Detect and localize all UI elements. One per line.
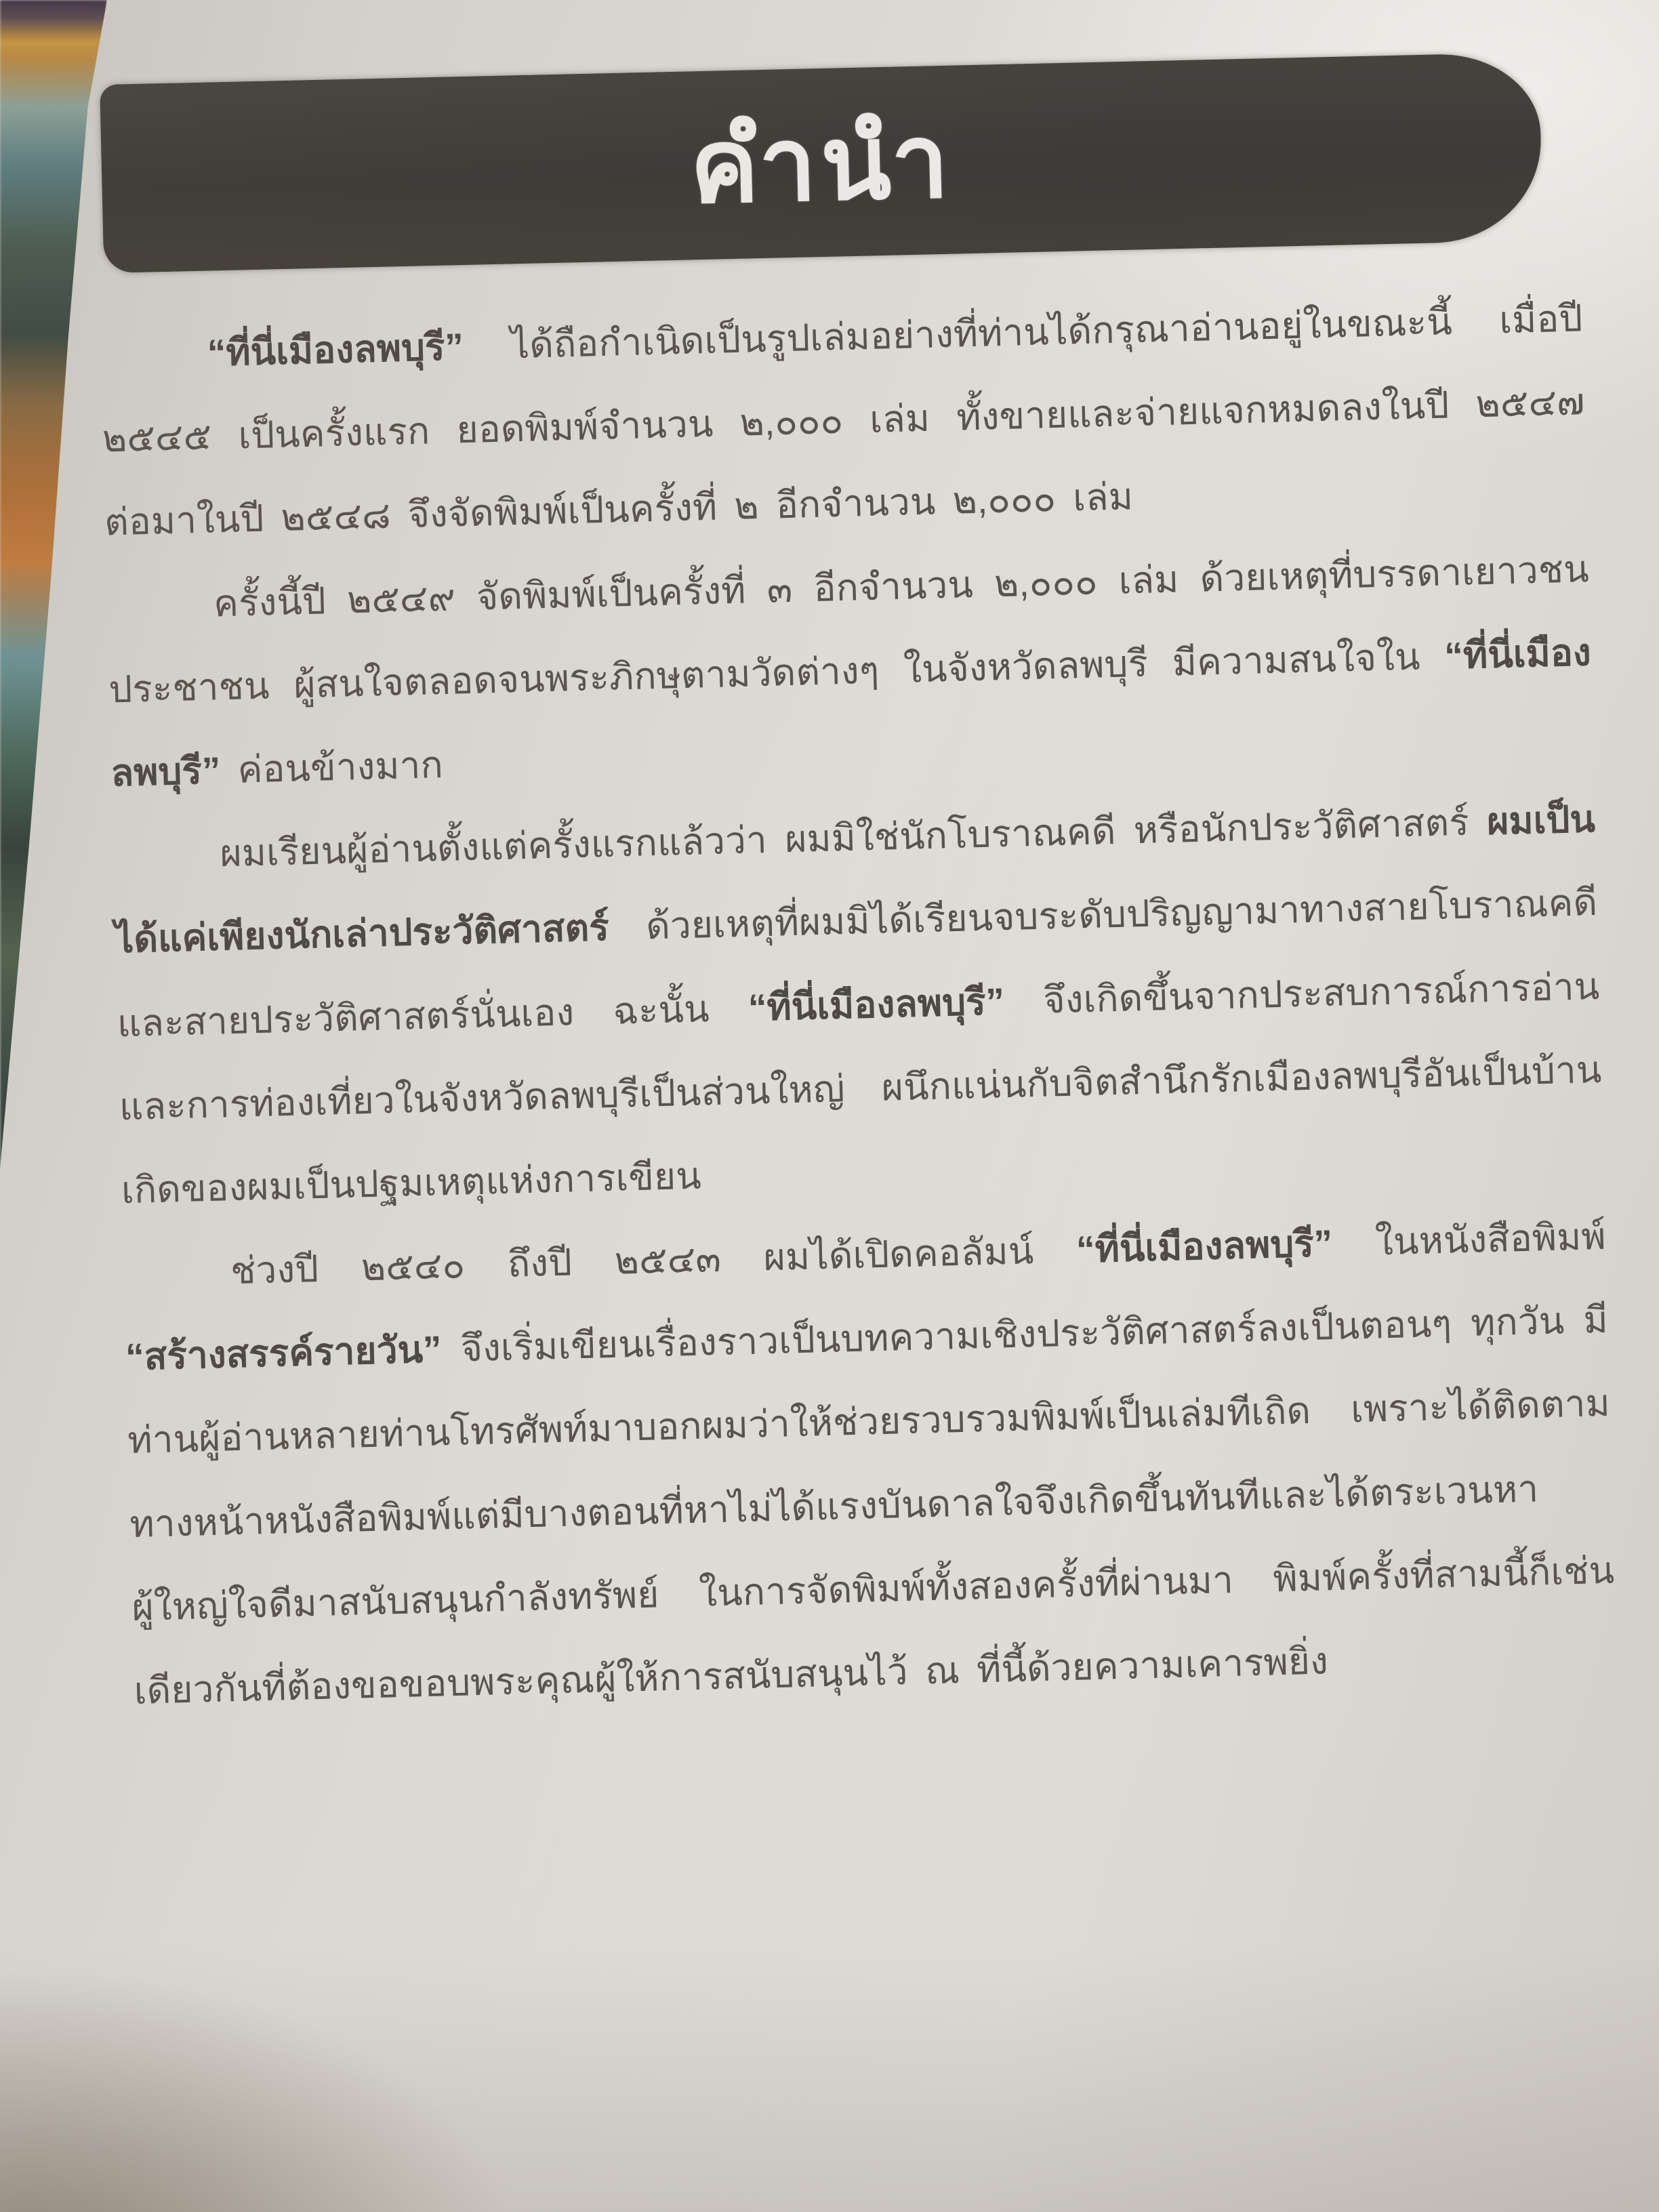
bold-text: “ที่นี่เมืองลพบุรี” <box>207 325 464 374</box>
paragraph: ครั้งนี้ปี ๒๕๔๙ จัดพิมพ์เป็นครั้งที่ ๓ อ… <box>106 527 1595 815</box>
bold-text: “ที่นี่เมืองลพบุรี” <box>1076 1222 1333 1271</box>
paragraph: ช่วงปี ๒๕๔๐ ถึงปี ๒๕๔๓ ผมได้เปิดคอลัมน์ … <box>123 1195 1618 1733</box>
paragraph: “ที่นี่เมืองลพบุรี” ได้ถือกำเนิดเป็นรูปเ… <box>99 276 1588 565</box>
bold-text: “ที่นี่เมืองลพบุรี” <box>747 980 1005 1029</box>
page-title: คำนำ <box>688 78 955 248</box>
body-text: ค่อนข้างมาก <box>220 743 444 791</box>
photo-of-book-page: คำนำ “ที่นี่เมืองลพบุรี” ได้ถือกำเนิดเป็… <box>0 0 1659 2212</box>
paragraph: ผมเรียนผู้อ่านตั้งแต่ครั้งแรกแล้วว่า ผมม… <box>112 777 1605 1232</box>
body-text: ในหนังสือพิมพ์ <box>1332 1215 1606 1264</box>
bold-text: “สร้างสรรค์รายวัน” <box>125 1328 443 1378</box>
body-text: ช่วงปี ๒๕๔๐ ถึงปี ๒๕๔๓ ผมได้เปิดคอลัมน์ <box>230 1229 1077 1292</box>
chapter-title-banner: คำนำ <box>100 52 1543 273</box>
preface-paragraphs: “ที่นี่เมืองลพบุรี” ได้ถือกำเนิดเป็นรูปเ… <box>99 276 1617 1733</box>
background-book-cover-edge <box>0 0 107 1193</box>
body-text: ครั้งนี้ปี ๒๕๔๙ จัดพิมพ์เป็นครั้งที่ ๓ อ… <box>108 548 1590 710</box>
body-text: ผมเรียนผู้อ่านตั้งแต่ครั้งแรกแล้วว่า ผมม… <box>220 800 1488 874</box>
